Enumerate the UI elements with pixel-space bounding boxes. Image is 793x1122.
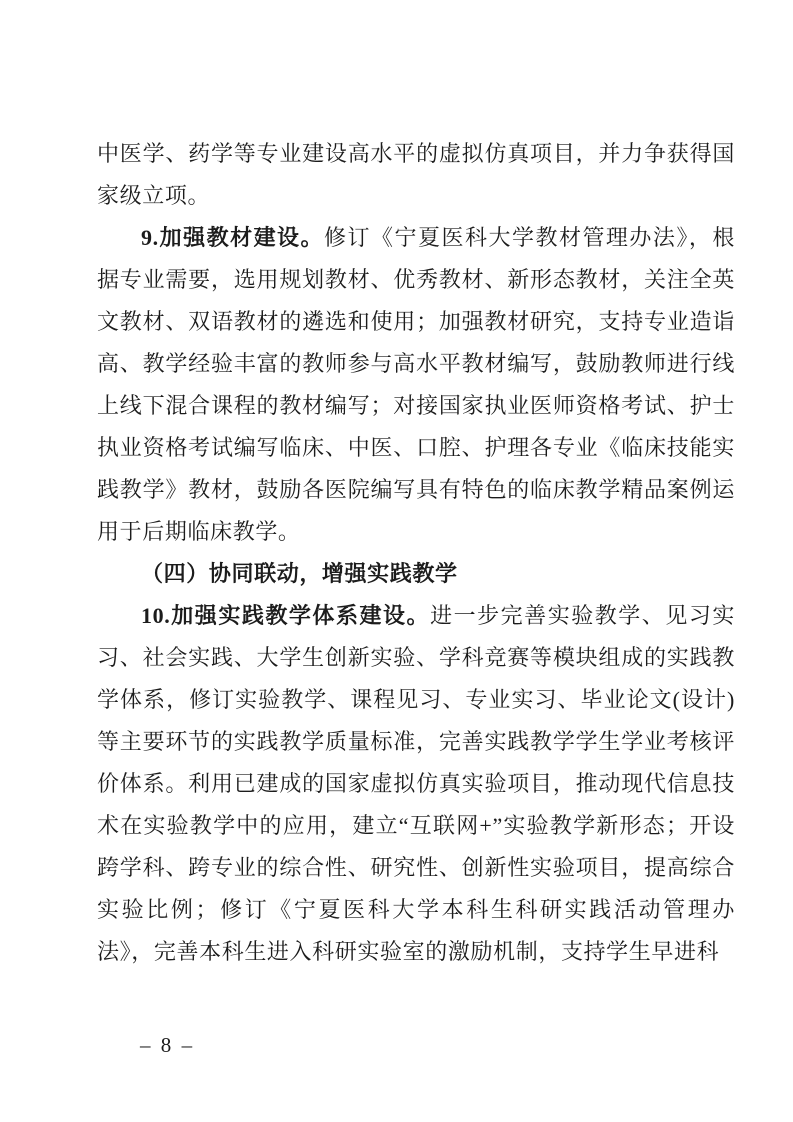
paragraph-continuation: 中医学、药学等专业建设高水平的虚拟仿真项目，并力争获得国家级立项。 xyxy=(97,133,735,217)
paragraph-text: 进一步完善实验教学、见习实习、社会实践、大学生创新实验、学科竞赛等模块组成的实践… xyxy=(97,603,735,964)
paragraph-item-10: 10.加强实践教学体系建设。进一步完善实验教学、见习实习、社会实践、大学生创新实… xyxy=(97,595,735,973)
document-body: 中医学、药学等专业建设高水平的虚拟仿真项目，并力争获得国家级立项。 9.加强教材… xyxy=(97,133,735,973)
paragraph-lead-bold: 10.加强实践教学体系建设。 xyxy=(141,603,430,628)
paragraph-text: 修订《宁夏医科大学教材管理办法》，根据专业需要，选用规划教材、优秀教材、新形态教… xyxy=(97,225,735,544)
paragraph-lead-bold: 9.加强教材建设。 xyxy=(141,225,324,250)
document-page: 中医学、药学等专业建设高水平的虚拟仿真项目，并力争获得国家级立项。 9.加强教材… xyxy=(0,0,793,1122)
paragraph-text: 中医学、药学等专业建设高水平的虚拟仿真项目，并力争获得国家级立项。 xyxy=(97,141,735,208)
page-number: – 8 – xyxy=(140,1031,195,1059)
paragraph-item-9: 9.加强教材建设。修订《宁夏医科大学教材管理办法》，根据专业需要，选用规划教材、… xyxy=(97,217,735,553)
section-heading: （四）协同联动，增强实践教学 xyxy=(97,553,735,595)
